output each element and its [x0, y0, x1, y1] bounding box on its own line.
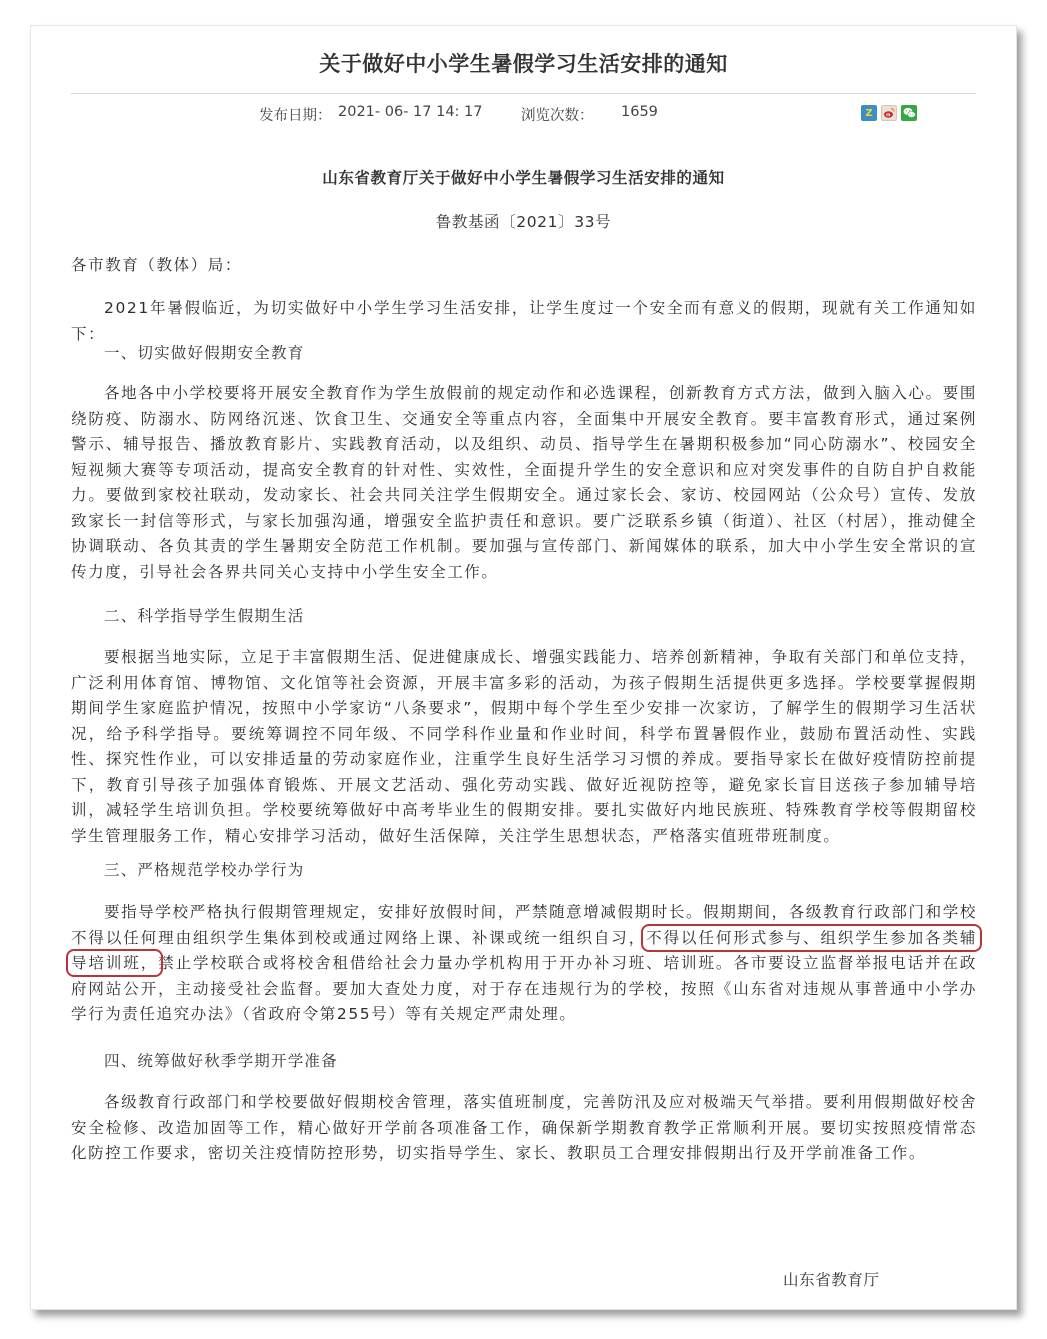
signature: 山东省教育厅 [783, 1268, 880, 1290]
section-body-1: 各地各中小学校要将开展安全教育作为学生放假前的规定动作和必选课程，创新教育方式方… [71, 381, 977, 585]
weibo-glyph-icon [883, 107, 895, 119]
document-number: 鲁教基函〔2021〕33号 [31, 210, 1016, 232]
section-heading-1: 一、切实做好假期安全教育 [104, 341, 304, 367]
section-body-3-after: 禁止学校联合或将校舍租借给社会力量办学机构用于开办补习班、培训班。各市要设立监督… [71, 954, 977, 1023]
view-count-label: 浏览次数： [521, 104, 594, 125]
share-icons: Z [861, 105, 917, 121]
section-heading-2: 二、科学指导学生假期生活 [104, 604, 304, 630]
intro-paragraph: 2021年暑假临近，为切实做好中小学生学习生活安排，让学生度过一个安全而有意义的… [71, 296, 977, 347]
salutation: 各市教育（教体）局： [71, 253, 977, 279]
publish-date: 2021- 06- 17 14: 17 [338, 104, 483, 120]
page-title: 关于做好中小学生暑假学习生活安排的通知 [31, 48, 1016, 78]
wechat-share-icon[interactable] [901, 105, 917, 121]
section-body-2: 要根据当地实际，立足于丰富假期生活、促进健康成长、增强实践能力、培养创新精神，争… [71, 645, 977, 849]
section-body-3: 要指导学校严格执行假期管理规定，安排好放假时间，严禁随意增减假期时长。假期期间，… [71, 900, 977, 1028]
view-count: 1659 [621, 104, 658, 120]
publish-date-label: 发布日期： [259, 104, 332, 125]
document-page: 关于做好中小学生暑假学习生活安排的通知 发布日期： 2021- 06- 17 1… [30, 25, 1017, 1310]
section-heading-4: 四、统筹做好秋季学期开学准备 [104, 1049, 338, 1075]
wechat-glyph-icon [903, 107, 916, 119]
weibo-share-icon[interactable] [881, 105, 897, 121]
section-body-4: 各级教育行政部门和学校要做好假期校舍管理，落实值班制度，完善防汛及应对极端天气举… [71, 1090, 977, 1167]
qzone-share-icon[interactable]: Z [861, 105, 877, 121]
section-heading-3: 三、严格规范学校办学行为 [104, 858, 304, 884]
document-subtitle: 山东省教育厅关于做好中小学生暑假学习生活安排的通知 [31, 166, 1016, 188]
title-divider [71, 93, 976, 94]
